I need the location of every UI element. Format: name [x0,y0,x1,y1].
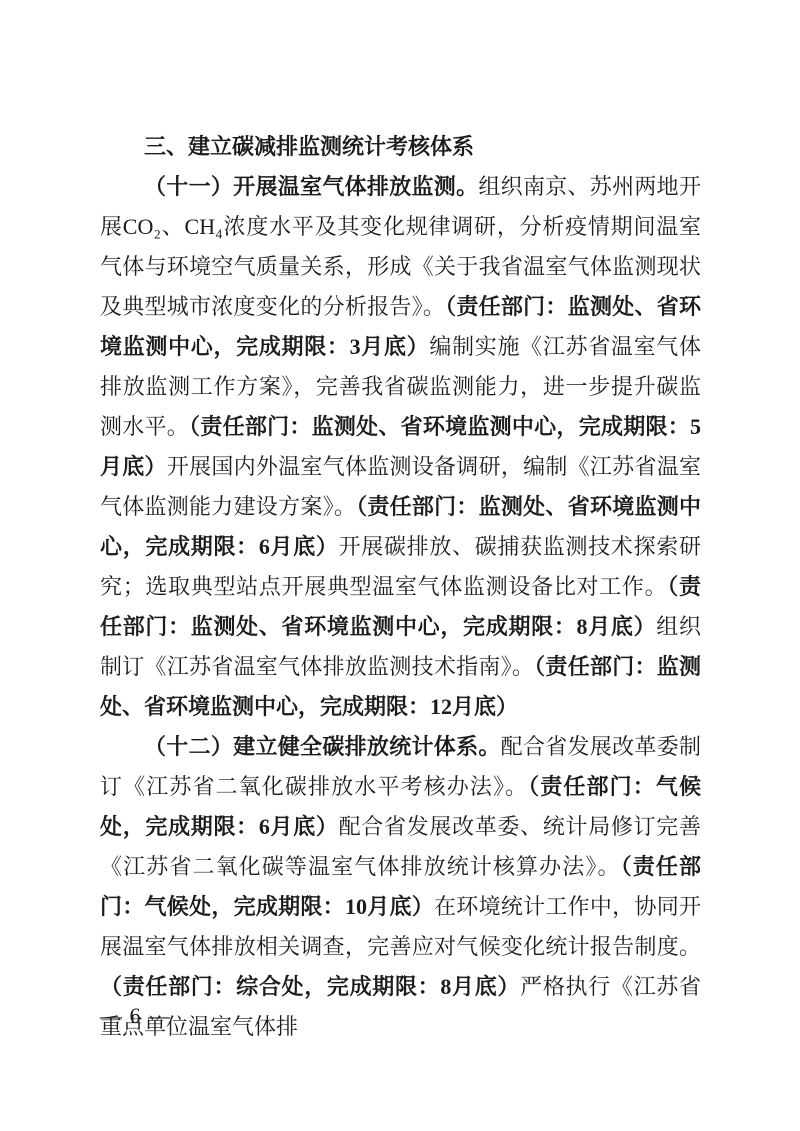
page-number: — 6 — [100,1000,171,1032]
section-heading: 三、建立碳减排监测统计考核体系 [100,127,701,167]
emphasis-run: （十二）建立健全碳排放统计体系。 [144,734,501,759]
document-body: （十一）开展温室气体排放监测。组织南京、苏州两地开展CO₂、CH₄浓度水平及其变… [100,167,701,1047]
document-page: 三、建立碳减排监测统计考核体系 （十一）开展温室气体排放监测。组织南京、苏州两地… [0,0,800,1131]
paragraph-1: （十一）开展温室气体排放监测。组织南京、苏州两地开展CO₂、CH₄浓度水平及其变… [100,167,701,727]
emphasis-run: （责任部门：综合处，完成期限：8月底） [100,974,520,999]
paragraph-2: （十二）建立健全碳排放统计体系。配合省发展改革委制订《江苏省二氧化碳排放水平考核… [100,727,701,1047]
document-content: 三、建立碳减排监测统计考核体系 （十一）开展温室气体排放监测。组织南京、苏州两地… [100,127,701,1047]
emphasis-run: （十一）开展温室气体排放监测。 [144,174,478,199]
